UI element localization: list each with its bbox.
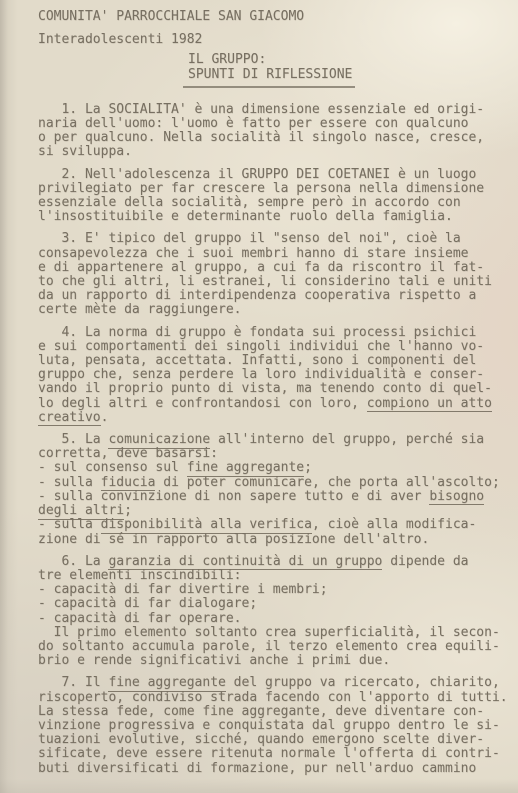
text-segment: consapevolezza che i suoi membri hanno d… [38, 246, 468, 261]
text-segment: naria dell'uomo: l'uomo è fatto per esse… [38, 116, 468, 131]
document-title: IL GRUPPO: SPUNTI DI RIFLESSIONE [188, 53, 498, 87]
text-segment: buti diversificati di formazione, pur ne… [38, 761, 476, 776]
text-line: sificate, deve essere ritenuta normale l… [38, 747, 498, 761]
paragraph: 4. La norma di gruppo è fondata sui proc… [38, 326, 498, 425]
text-segment: l'insostituibile e determinante ruolo de… [38, 209, 453, 224]
underlined-text: bisogno [429, 489, 484, 506]
text-segment: all'interno del gruppo, perché sia [210, 432, 484, 447]
text-segment: La stessa fede, come fine aggregante, de… [38, 704, 484, 719]
text-segment: del gruppo va ricercato, chiarito, [226, 675, 500, 690]
paragraph: 2. Nell'adolescenza il GRUPPO DEI COETAN… [38, 168, 498, 225]
text-segment: luta, pensata, accettata. Infatti, sono … [38, 353, 476, 368]
title-line-2: SPUNTI DI RIFLESSIONE [188, 68, 498, 82]
text-segment: - capacità di far dialogare; [38, 596, 257, 611]
text-segment: privilegiato per far crescere la persona… [38, 181, 484, 196]
document-paragraphs: 1. La SOCIALITA' è una dimensione essenz… [38, 103, 498, 776]
text-segment: , cioè alla modifica- [312, 517, 476, 532]
text-segment: zione di sé in rapporto alla posizione d… [38, 532, 429, 547]
text-segment: Il primo elemento soltanto crea superfic… [38, 625, 500, 640]
text-segment: - capacità di far operare. [38, 611, 242, 626]
text-line: tre elementi inscindibili: [38, 569, 498, 583]
text-line: 5. La comunicazione all'interno del grup… [38, 433, 498, 447]
text-line: si sviluppa. [38, 145, 498, 159]
title-line-1: IL GRUPPO: [188, 53, 498, 67]
text-segment: sificate, deve essere ritenuta normale l… [38, 746, 500, 761]
text-segment: 1. La SOCIALITA' è una dimensione essenz… [38, 102, 484, 117]
text-segment: do soltanto accumula parole, il terzo el… [38, 639, 500, 654]
text-line: creativo. [38, 411, 498, 425]
text-line: - capacità di far dialogare; [38, 597, 498, 611]
paragraph: 1. La SOCIALITA' è una dimensione essenz… [38, 103, 498, 160]
text-segment: 2. Nell'adolescenza il GRUPPO DEI COETAN… [38, 167, 476, 182]
text-line: essenziale della socialità, sempre però … [38, 196, 498, 210]
text-line: tuazioni evolutive, sicché, quando emerg… [38, 733, 498, 747]
text-line: brio e rende significativi anche i primi… [38, 654, 498, 668]
group-year-line: Interadolescenti 1982 [38, 33, 498, 47]
text-line: to che gli altri, li estranei, li consid… [38, 275, 498, 289]
text-segment: 3. E' tipico del gruppo il "senso del no… [38, 231, 461, 246]
text-line: corretta, deve basarsi: [38, 447, 498, 461]
text-segment: tuazioni evolutive, sicché, quando emerg… [38, 732, 484, 747]
text-segment: essenziale della socialità, sempre però … [38, 195, 461, 210]
text-line: e sui comportamenti dei singoli individu… [38, 340, 498, 354]
paragraph: 3. E' tipico del gruppo il "senso del no… [38, 232, 498, 317]
text-segment: da un rapporto di interdipendenza cooper… [38, 288, 476, 303]
text-segment: 4. La norma di gruppo è fondata sui proc… [38, 325, 476, 340]
text-line: - capacità di far operare. [38, 612, 498, 626]
text-line: certe mète da raggiungere. [38, 303, 498, 317]
text-segment: tre elementi inscindibili: [38, 568, 242, 583]
text-line: La stessa fede, come fine aggregante, de… [38, 705, 498, 719]
text-line: da un rapporto di interdipendenza cooper… [38, 289, 498, 303]
text-segment: certe mète da raggiungere. [38, 302, 242, 317]
text-segment: vando il proprio punto di vista, ma tene… [38, 381, 492, 396]
text-segment: 5. La [38, 432, 108, 447]
text-line: l'insostituibile e determinante ruolo de… [38, 210, 498, 224]
text-segment: - sulla [38, 475, 101, 490]
text-segment: ; [304, 460, 312, 475]
text-segment: - sulla convinzione di non sapere tutto … [38, 489, 429, 504]
text-line: Il primo elemento soltanto crea superfic… [38, 626, 498, 640]
text-line: 2. Nell'adolescenza il GRUPPO DEI COETAN… [38, 168, 498, 182]
text-line: o per qualcuno. Nella socialità il singo… [38, 131, 498, 145]
text-line: - capacità di far divertire i membri; [38, 583, 498, 597]
paragraph: 7. Il fine aggregante del gruppo va rice… [38, 676, 498, 775]
text-line: vando il proprio punto di vista, ma tene… [38, 382, 498, 396]
text-line: 6. La garanzia di continuità di un grupp… [38, 555, 498, 569]
text-segment: brio e rende significativi anche i primi… [38, 653, 390, 668]
text-segment: to che gli altri, li estranei, li consid… [38, 274, 492, 289]
title-underline-rule [183, 86, 355, 88]
text-segment: o per qualcuno. Nella socialità il singo… [38, 130, 484, 145]
text-segment: si sviluppa. [38, 144, 132, 159]
text-line: gruppo che, senza perdere la loro indivi… [38, 368, 498, 382]
text-segment: lo degli altri e confrontandosi con loro… [38, 396, 367, 411]
text-segment: di poter comunicare, che porta all'ascol… [155, 475, 499, 490]
text-line: 1. La SOCIALITA' è una dimensione essenz… [38, 103, 498, 117]
text-segment: - sul consenso sul [38, 460, 187, 475]
text-segment: e sui comportamenti dei singoli individu… [38, 339, 484, 354]
scanned-page: COMUNITA' PARROCCHIALE SAN GIACOMO Inter… [0, 0, 518, 793]
text-segment: vinzione progressiva e conquistata dal g… [38, 718, 500, 733]
text-segment: - sulla [38, 517, 101, 532]
text-line: - sulla fiducia di poter comunicare, che… [38, 476, 498, 490]
text-line: consapevolezza che i suoi membri hanno d… [38, 247, 498, 261]
text-segment: 6. La [38, 554, 108, 569]
text-line: e di appartenere al gruppo, a cui fa da … [38, 261, 498, 275]
paragraph: 6. La garanzia di continuità di un grupp… [38, 555, 498, 669]
text-line: 7. Il fine aggregante del gruppo va rice… [38, 676, 498, 690]
text-segment: ; [124, 503, 132, 518]
text-line: do soltanto accumula parole, il terzo el… [38, 640, 498, 654]
text-segment: . [101, 410, 109, 425]
text-line: 4. La norma di gruppo è fondata sui proc… [38, 326, 498, 340]
text-line: zione di sé in rapporto alla posizione d… [38, 533, 498, 547]
text-line: - sulla convinzione di non sapere tutto … [38, 490, 498, 504]
text-line: luta, pensata, accettata. Infatti, sono … [38, 354, 498, 368]
text-line: - sul consenso sul fine aggregante; [38, 461, 498, 475]
text-segment: corretta, deve basarsi: [38, 446, 218, 461]
text-segment: 7. Il [38, 675, 108, 690]
text-line: 3. E' tipico del gruppo il "senso del no… [38, 232, 498, 246]
text-segment: e di appartenere al gruppo, a cui fa da … [38, 260, 484, 275]
text-line: degli altri; [38, 504, 498, 518]
text-line: privilegiato per far crescere la persona… [38, 182, 498, 196]
organization-line: COMUNITA' PARROCCHIALE SAN GIACOMO [38, 10, 498, 24]
text-line: riscoperto, condiviso strada facendo con… [38, 691, 498, 705]
text-line: - sulla disponibilità alla verifica, cio… [38, 518, 498, 532]
text-line: buti diversificati di formazione, pur ne… [38, 762, 498, 776]
text-segment: riscoperto, condiviso strada facendo con… [38, 690, 508, 705]
text-line: vinzione progressiva e conquistata dal g… [38, 719, 498, 733]
text-line: lo degli altri e confrontandosi con loro… [38, 397, 498, 411]
text-line: naria dell'uomo: l'uomo è fatto per esse… [38, 117, 498, 131]
underlined-text: creativo [38, 410, 101, 427]
underlined-text: compiono un atto [367, 396, 492, 413]
paragraph: 5. La comunicazione all'interno del grup… [38, 433, 498, 547]
text-segment: dipende da [382, 554, 468, 569]
text-segment: gruppo che, senza perdere la loro indivi… [38, 367, 484, 382]
text-segment: - capacità di far divertire i membri; [38, 582, 328, 597]
